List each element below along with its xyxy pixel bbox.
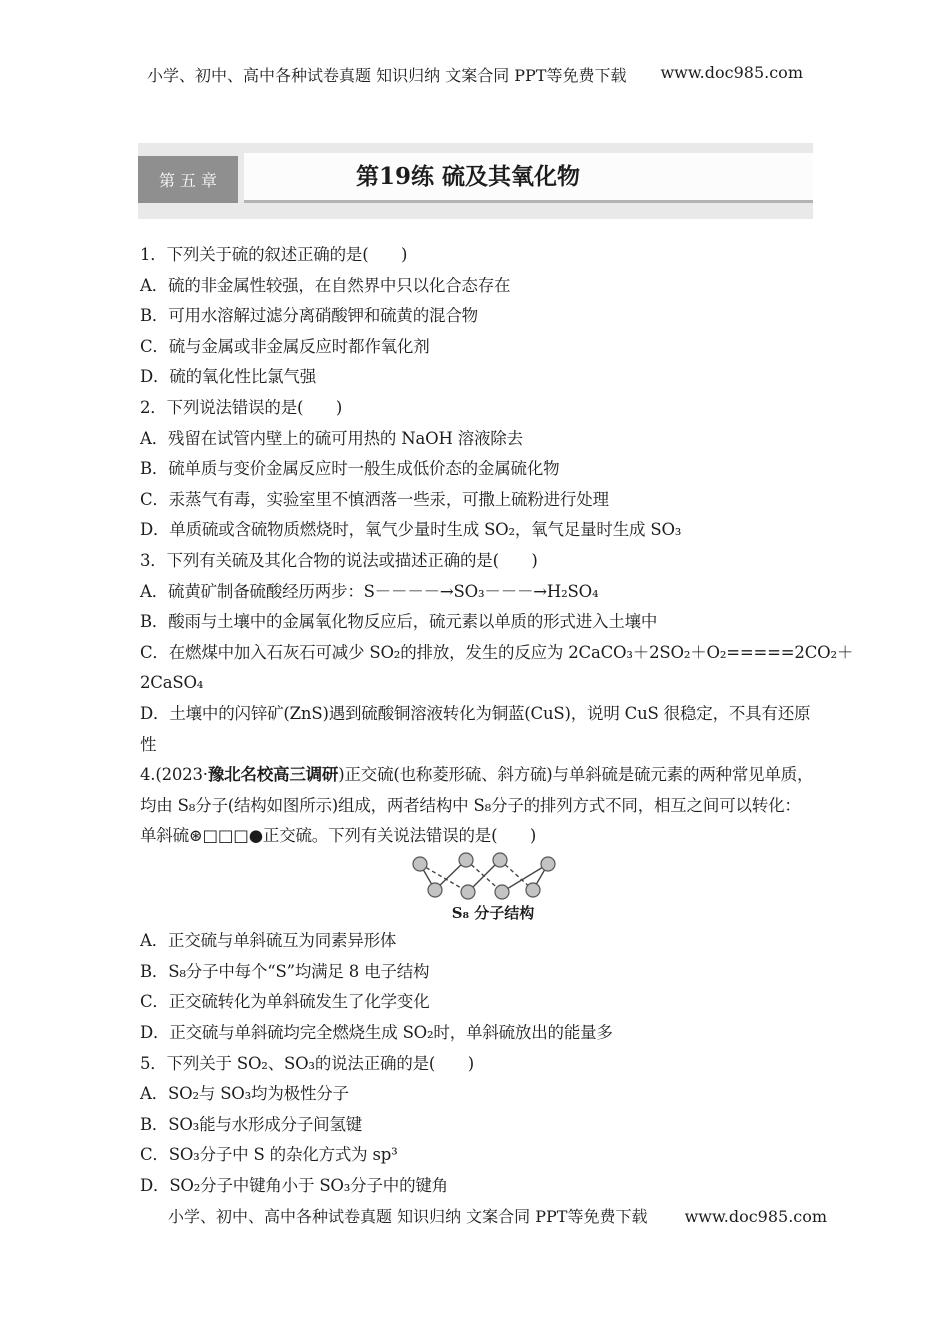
body-line: D．正交硫与单斜硫均完全燃烧生成 SO₂时，单斜硫放出的能量多 [140,1018,830,1049]
body-line: B．SO₃能与水形成分子间氢键 [140,1110,830,1141]
body-line: A．正交硫与单斜硫互为同素异形体 [140,926,830,957]
q4-number: 4.(2023· [140,765,208,784]
title-box: 第19练 硫及其氧化物 [244,153,813,203]
page-header: 小学、初中、高中各种试卷真题 知识归纳 文案合同 PPT等免费下载 www.do… [0,63,950,86]
body-line: 5．下列关于 SO₂、SO₃的说法正确的是( ) [140,1049,830,1080]
figure-caption: S₈ 分子结构 [408,902,578,923]
body-line: A．残留在试管内壁上的硫可用热的 NaOH 溶液除去 [140,424,830,455]
body-line: A．硫黄矿制备硫酸经历两步：S－－－－→SO₃－－－→H₂SO₄ [140,577,830,608]
body-line: 2CaSO₄ [140,668,830,699]
body-line: D．硫的氧化性比氯气强 [140,362,830,393]
body-line: C．汞蒸气有毒，实验室里不慎洒落一些汞，可撒上硫粉进行处理 [140,485,830,516]
page-title: 第19练 硫及其氧化物 [244,153,813,200]
s8-structure-diagram [408,852,578,900]
body-line: 3．下列有关硫及其化合物的说法或描述正确的是( ) [140,546,830,577]
body-line: B．可用水溶解过滤分离硝酸钾和硫黄的混合物 [140,301,830,332]
question-4-intro: 4.(2023·豫北名校高三调研)正交硫(也称菱形硫、斜方硫)与单斜硫是硫元素的… [140,760,830,791]
body-line: 单斜硫⊛□□□●正交硫。下列有关说法错误的是( ) [140,821,830,852]
footer-url-link[interactable]: www.doc985.com [685,1207,828,1226]
header-text: 小学、初中、高中各种试卷真题 知识归纳 文案合同 PPT等免费下载 [147,63,626,86]
chapter-label: 第五章 [138,156,238,203]
question-body: 1．下列关于硫的叙述正确的是( )A．硫的非金属性较强，在自然界中只以化合态存在… [140,240,830,1232]
footer-text: 小学、初中、高中各种试卷真题 知识归纳 文案合同 PPT等免费下载 [168,1207,647,1226]
questions-4-options-and-5: A．正交硫与单斜硫互为同素异形体B．S₈分子中每个“S”均满足 8 电子结构C．… [140,926,830,1201]
body-line: 均由 S₈分子(结构如图所示)组成，两者结构中 S₈分子的排列方式不同，相互之间… [140,791,830,822]
body-line: D．单质硫或含硫物质燃烧时，氧气少量时生成 SO₂，氧气足量时生成 SO₃ [140,515,830,546]
body-line: A．硫的非金属性较强，在自然界中只以化合态存在 [140,271,830,302]
body-line: A．SO₂与 SO₃均为极性分子 [140,1079,830,1110]
body-line: 2．下列说法错误的是( ) [140,393,830,424]
body-line: D．SO₂分子中键角小于 SO₃分子中的键角 [140,1171,830,1202]
body-line: D．土壤中的闪锌矿(ZnS)遇到硫酸铜溶液转化为铜蓝(CuS)，说明 CuS 很… [140,699,830,730]
page-footer: 小学、初中、高中各种试卷真题 知识归纳 文案合同 PPT等免费下载 www.do… [168,1202,830,1233]
body-line: 1．下列关于硫的叙述正确的是( ) [140,240,830,271]
s8-molecule-figure: S₈ 分子结构 [408,852,578,926]
body-line: 性 [140,730,830,761]
body-line: B．硫单质与变价金属反应时一般生成低价态的金属硫化物 [140,454,830,485]
chapter-banner: 第五章 第19练 硫及其氧化物 [138,143,813,219]
q4-intro-text: )正交硫(也称菱形硫、斜方硫)与单斜硫是硫元素的两种常见单质， [338,765,813,784]
header-url-link[interactable]: www.doc985.com [660,63,803,86]
questions-1-to-3: 1．下列关于硫的叙述正确的是( )A．硫的非金属性较强，在自然界中只以化合态存在… [140,240,830,760]
body-line: C．硫与金属或非金属反应时都作氧化剂 [140,332,830,363]
body-line: B．S₈分子中每个“S”均满足 8 电子结构 [140,957,830,988]
q4-source-tag: 豫北名校高三调研 [208,765,338,784]
document-page: 小学、初中、高中各种试卷真题 知识归纳 文案合同 PPT等免费下载 www.do… [0,0,950,1344]
body-line: C．SO₃分子中 S 的杂化方式为 sp³ [140,1140,830,1171]
body-line: C．在燃煤中加入石灰石可减少 SO₂的排放，发生的反应为 2CaCO₃＋2SO₂… [140,638,830,669]
body-line: C．正交硫转化为单斜硫发生了化学变化 [140,987,830,1018]
body-line: B．酸雨与土壤中的金属氧化物反应后，硫元素以单质的形式进入土壤中 [140,607,830,638]
question-4-continued: 均由 S₈分子(结构如图所示)组成，两者结构中 S₈分子的排列方式不同，相互之间… [140,791,830,852]
